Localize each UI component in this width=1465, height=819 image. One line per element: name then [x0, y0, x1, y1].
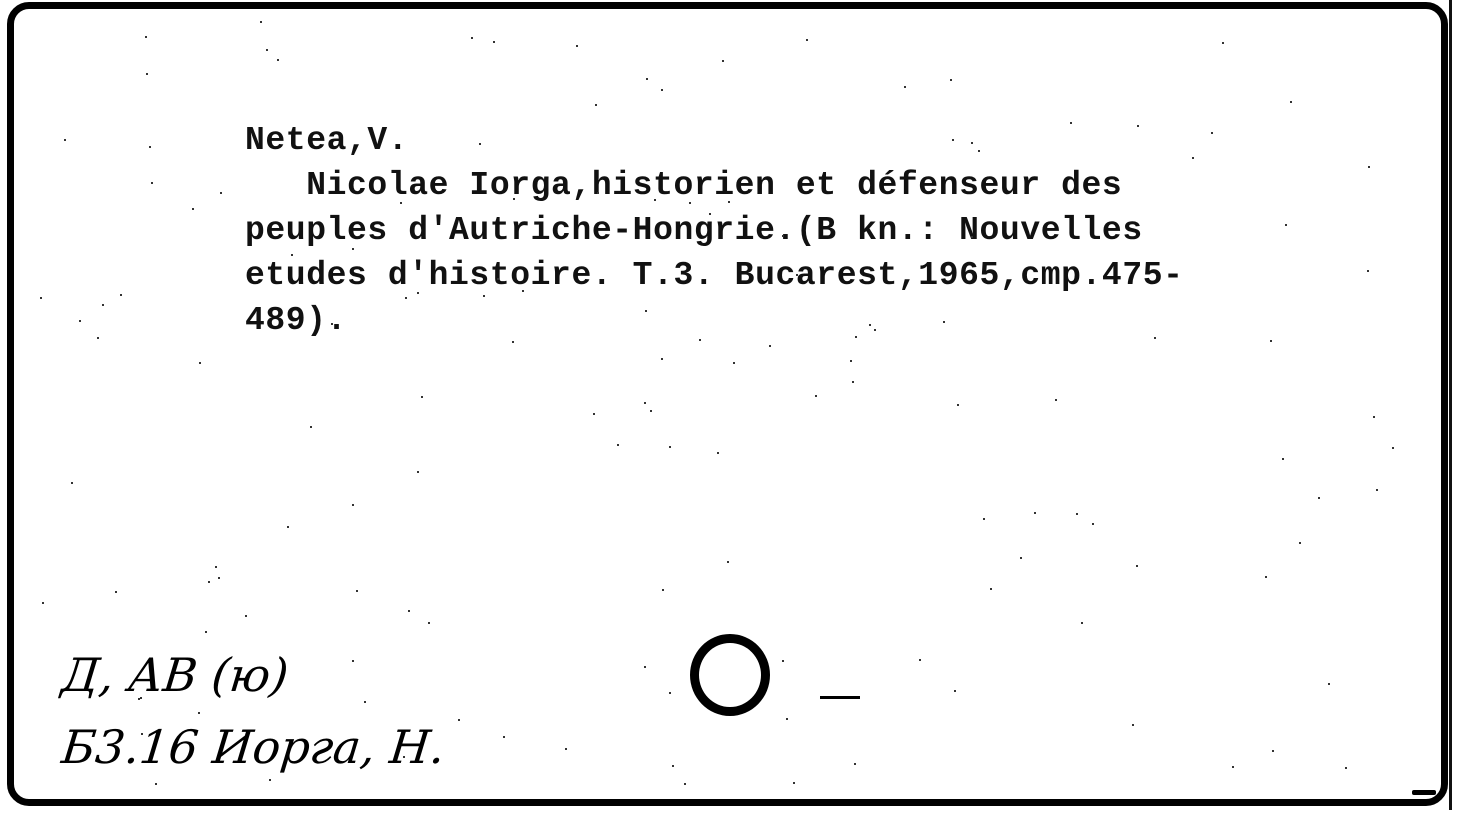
card-author: Netea,V. [245, 118, 408, 163]
punch-hole-circle-icon [690, 634, 770, 716]
handwritten-call-number: Б3.16 Иорга, Н. [59, 720, 447, 774]
card-pages-line: 489). [245, 298, 347, 343]
edge-mark [1412, 790, 1436, 795]
dash-mark [820, 696, 860, 699]
handwritten-location-code: Д, АВ (ю) [59, 648, 291, 702]
card-right-edge [1449, 0, 1452, 810]
card-title-line-1: Nicolae Iorga,historien et défenseur des [245, 163, 1122, 208]
card-title-line-2: peuples d'Autriche-Hongrie.(B kn.: Nouve… [245, 208, 1143, 253]
card-citation-line: etudes d'histoire. T.3. Bucarest,1965,cm… [245, 253, 1184, 298]
